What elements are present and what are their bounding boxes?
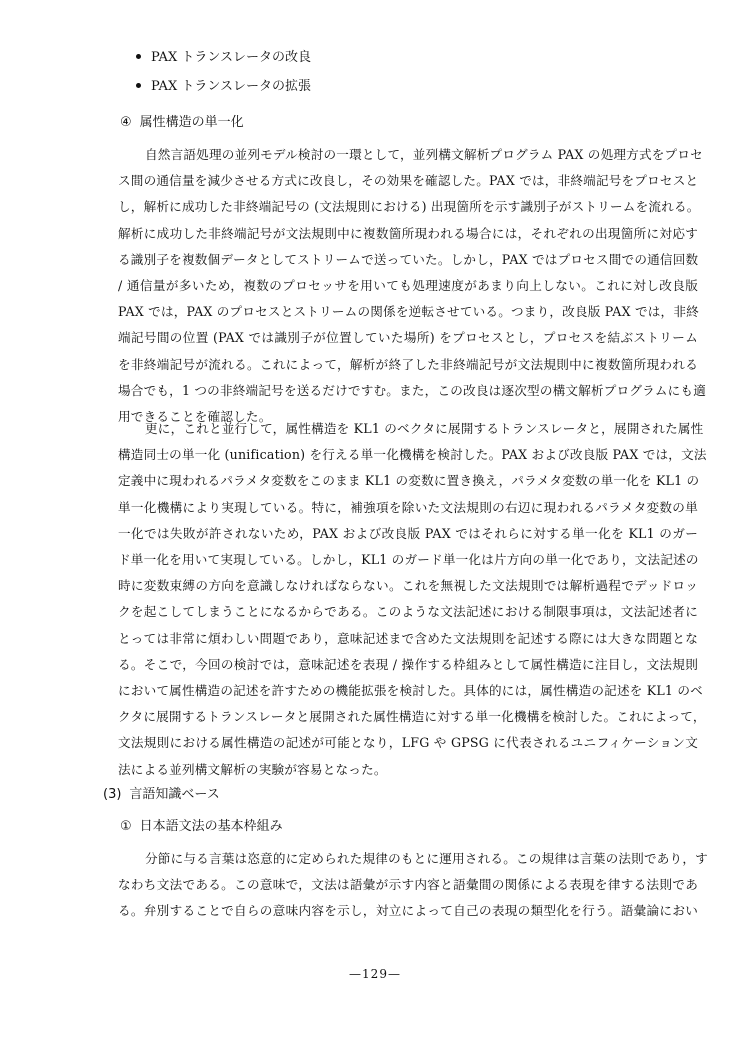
section-number: (3) bbox=[103, 787, 121, 803]
paragraph: 更に，これと並行して，属性構造を KL1 のベクタに展開するトランスレータと，展… bbox=[118, 416, 698, 783]
text-line: クタに展開するトランスレータと展開された属性構造に対する単一化機構を検討した。こ… bbox=[118, 704, 698, 730]
text-line: なわち文法である。この意味で，文法は語彙が示す内容と語彙間の関係による表現を律す… bbox=[118, 872, 698, 898]
bullet-icon bbox=[136, 54, 141, 59]
text-line: 自然言語処理の並列モデル検討の一環として，並列構文解析プログラム PAX の処理… bbox=[118, 142, 698, 168]
text-line: / 通信量が多いため，複数のプロセッサを用いても処理速度があまり向上しない。これ… bbox=[118, 273, 698, 299]
document-page: PAX トランスレータの改良 PAX トランスレータの拡張 ④属性構造の単一化 … bbox=[0, 0, 750, 1054]
section-title: 言語知識ベース bbox=[129, 787, 219, 802]
paragraph: 自然言語処理の並列モデル検討の一環として，並列構文解析プログラム PAX の処理… bbox=[118, 142, 698, 430]
bullet-item: PAX トランスレータの拡張 bbox=[136, 79, 311, 95]
text-line: クを起こしてしまうことになるからである。このような文法記述における制限事項は，文… bbox=[118, 599, 698, 625]
text-line: とっては非常に煩わしい問題であり，意味記述まで含めた文法規則を記述する際には大き… bbox=[118, 626, 698, 652]
text-line: PAX では，PAX のプロセスとストリームの関係を逆転させている。つまり，改良… bbox=[118, 299, 698, 325]
section-title: 属性構造の単一化 bbox=[140, 115, 244, 130]
bullet-text: PAX トランスレータの改良 bbox=[151, 50, 311, 65]
text-line: ド単一化を用いて実現している。しかし，KL1 のガード単一化は片方向の単一化であ… bbox=[118, 547, 698, 573]
page-number: —129— bbox=[0, 967, 750, 981]
bullet-text: PAX トランスレータの拡張 bbox=[151, 79, 311, 94]
text-line: を非終端記号が流れる。これによって，解析が終了した非終端記号が文法規則中に複数箇… bbox=[118, 352, 698, 378]
text-line: 解析に成功した非終端記号が文法規則中に複数箇所現われる場合には，それぞれの出現箇… bbox=[118, 221, 698, 247]
text-line: 分節に与る言葉は恣意的に定められた規律のもとに運用される。この規律は言葉の法則で… bbox=[118, 846, 698, 872]
text-line: 法による並列構文解析の実験が容易となった。 bbox=[118, 757, 698, 783]
text-line: 定義中に現われるパラメタ変数をこのまま KL1 の変数に置き換え，パラメタ変数の… bbox=[118, 468, 698, 494]
section-number: ④ bbox=[120, 115, 132, 131]
text-line: 端記号間の位置 (PAX では識別子が位置していた場所) をプロセスとし，プロセ… bbox=[118, 325, 698, 351]
text-line: 単一化機構により実現している。特に，補強項を除いた文法規則の右辺に現われるパラメ… bbox=[118, 495, 698, 521]
text-line: 時に変数束縛の方向を意識しなければならない。これを無視した文法規則では解析過程で… bbox=[118, 573, 698, 599]
paragraph: 分節に与る言葉は恣意的に定められた規律のもとに運用される。この規律は言葉の法則で… bbox=[118, 846, 698, 925]
text-line: 更に，これと並行して，属性構造を KL1 のベクタに展開するトランスレータと，展… bbox=[118, 416, 698, 442]
section-heading-3-1: ①日本語文法の基本枠組み bbox=[120, 819, 283, 835]
text-line: る。そこで，今回の検討では，意味記述を表現 / 操作する枠組みとして属性構造に注… bbox=[118, 652, 698, 678]
text-line: ス間の通信量を減少させる方式に改良し，その効果を確認した。PAX では，非終端記… bbox=[118, 168, 698, 194]
text-line: 場合でも，1 つの非終端記号を送るだけですむ。また，この改良は逐次型の構文解析プ… bbox=[118, 378, 698, 404]
text-line: し，解析に成功した非終端記号の (文法規則における) 出現箇所を示す識別子がスト… bbox=[118, 194, 698, 220]
section-title: 日本語文法の基本枠組み bbox=[140, 819, 283, 834]
text-line: 一化では失敗が許されないため，PAX および改良版 PAX ではそれらに対する単… bbox=[118, 521, 698, 547]
section-heading-4: ④属性構造の単一化 bbox=[120, 115, 244, 131]
text-line: 文法規則における属性構造の記述が可能となり，LFG や GPSG に代表されるユ… bbox=[118, 730, 698, 756]
text-line: る。弁別することで自らの意味内容を示し，対立によって自己の表現の類型化を行う。語… bbox=[118, 898, 698, 924]
section-number: ① bbox=[120, 819, 132, 835]
text-line: において属性構造の記述を許すための機能拡張を検討した。具体的には，属性構造の記述… bbox=[118, 678, 698, 704]
bullet-item: PAX トランスレータの改良 bbox=[136, 50, 311, 66]
text-line: 構造同士の単一化 (unification) を行える単一化機構を検討した。PA… bbox=[118, 442, 698, 468]
bullet-icon bbox=[136, 83, 141, 88]
text-line: る識別子を複数個データとしてストリームで送っていた。しかし，PAX ではプロセス… bbox=[118, 247, 698, 273]
section-heading-3: (3)言語知識ベース bbox=[103, 787, 220, 803]
